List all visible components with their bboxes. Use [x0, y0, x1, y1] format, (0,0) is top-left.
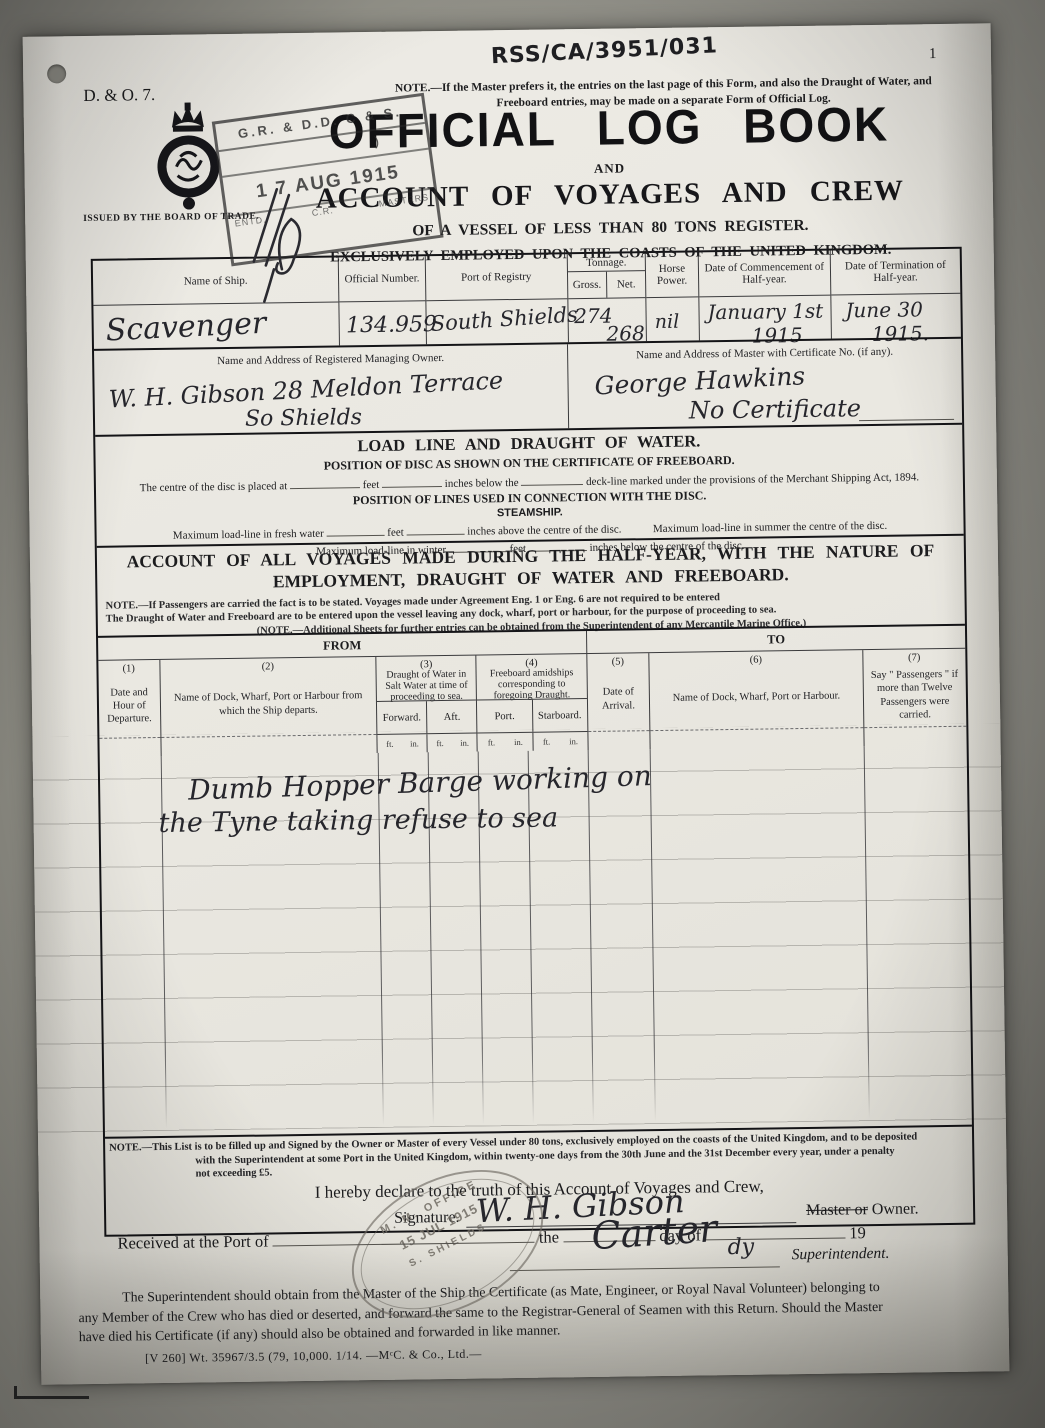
col3-subheaders: Forward. Aft. — [377, 700, 477, 734]
col2-label: Name of Dock, Wharf, Port or Harbour fro… — [160, 671, 376, 737]
ftin-strip — [588, 730, 650, 750]
superintendent-line — [510, 1266, 780, 1271]
voyage-table-body: Dumb Hopper Barge working on the Tyne ta… — [100, 745, 972, 1137]
fresh-text2: feet — [387, 527, 404, 539]
handwritten-monogram — [243, 183, 335, 309]
ftin-strip — [864, 726, 967, 746]
starboard-ftin: ft. in. — [533, 732, 587, 751]
blank-line — [382, 474, 442, 488]
log-book-page: RSS/CA/3951/031 1 D. & O. 7. NOTE.—If th… — [23, 23, 1010, 1384]
in-label: in. — [560, 732, 587, 750]
fresh-text1: Maximum load-line in fresh water — [173, 528, 324, 542]
fresh-text3: inches above the centre of the disc. — [467, 524, 621, 538]
col-master: Name and Address of Master with Certific… — [568, 339, 962, 428]
disc-line-text1: The centre of the disc is placed at — [140, 480, 288, 494]
photographed-log-book: { "page": { "number": "1", "form_code": … — [0, 0, 1045, 1428]
col6-label: Name of Dock, Wharf, Port or Harbour. — [650, 664, 863, 730]
value-owner-line2: So Shields — [245, 405, 362, 432]
aft-subheader: Aft. — [427, 701, 477, 734]
ft-label: ft. — [428, 734, 453, 752]
col-horse-power: Horse Power. nil — [646, 252, 700, 341]
col1-number: (1) — [98, 660, 159, 675]
col-commencement: Date of Commencement of Half-year. Janua… — [699, 251, 832, 341]
col7-number: (7) — [863, 649, 965, 664]
value-official-number: 134.959 — [346, 312, 437, 338]
archive-reference-handwritten: RSS/CA/3951/031 — [490, 33, 718, 69]
superintendent-label: Superintendent. — [792, 1245, 890, 1264]
col4-subheaders: Port. Starboard. — [477, 698, 587, 733]
blank-line — [406, 522, 464, 536]
col-official-number: Official Number. 134.959 — [339, 256, 427, 345]
voyage-entry-line2: the Tyne taking refuse to sea — [158, 802, 558, 839]
ft-label: ft. — [533, 732, 560, 750]
col-managing-owner: Name and Address of Registered Managing … — [94, 344, 569, 435]
in-label: in. — [452, 734, 477, 752]
blank-line — [859, 407, 954, 421]
header-gross: Gross. — [568, 272, 608, 299]
stamp-masters: MASTERS — [378, 192, 431, 223]
corner-crop-mark — [14, 1386, 89, 1399]
col7-passengers: (7) Say " Passengers " if more than Twel… — [863, 649, 967, 746]
forward-subheader: Forward. — [377, 701, 428, 734]
col-tonnage: Tonnage. Gross. Net. 274 268 — [567, 253, 647, 342]
value-termination-date: June 30 — [845, 297, 923, 322]
load-line-section: LOAD LINE AND DRAUGHT OF WATER. POSITION… — [95, 423, 963, 546]
col3-draught: (3) Draught of Water in Salt Water at ti… — [376, 656, 478, 753]
blank-line — [326, 523, 384, 537]
blank-line — [273, 1230, 535, 1247]
ft-label: ft. — [478, 733, 505, 751]
account-of-voyages-section: ACCOUNT OF ALL VOYAGES MADE DURING THE H… — [97, 534, 965, 636]
value-commencement-date: January 1st — [707, 299, 823, 325]
received-the: the — [539, 1227, 559, 1246]
col5-number: (5) — [587, 653, 649, 668]
starboard-subheader: Starboard. — [532, 699, 587, 732]
voyage-entry-line1: Dumb Hopper Barge working on — [188, 759, 653, 807]
aft-ftin: ft. in. — [428, 734, 477, 753]
voyage-column-headers: (1) Date and Hour of Departure. (2) Name… — [98, 649, 966, 757]
col5-label: Date of Arrival. — [587, 667, 649, 731]
superintendent-signature-handwritten: Carter — [590, 1206, 718, 1258]
received-year: 19 — [849, 1223, 866, 1242]
col6-dock-to: (6) Name of Dock, Wharf, Port or Harbour… — [650, 650, 865, 749]
col4-ftin: ft. in. ft. in. — [478, 731, 587, 752]
in-label: in. — [402, 734, 427, 752]
col3-ftin: ft. in. ft. in. — [377, 733, 477, 753]
col5-arrival: (5) Date of Arrival. — [587, 653, 651, 750]
col7-label: Say " Passengers " if more than Twelve P… — [863, 663, 966, 727]
col3-label: Draught of Water in Salt Water at time o… — [377, 670, 477, 701]
col1-departure: (1) Date and Hour of Departure. — [98, 660, 161, 757]
summer-text: Maximum load-line in summer the centre o… — [653, 520, 887, 535]
column-divider — [864, 746, 870, 1126]
value-master-certificate: No Certificate — [689, 394, 861, 424]
disc-line-text2: feet — [363, 479, 380, 491]
master-or-struck: Master or — [806, 1201, 868, 1219]
punch-hole — [47, 64, 66, 83]
log-book-form: Name of Ship. Scavenger Official Number.… — [91, 247, 976, 1237]
superintendent-dy: dy — [727, 1235, 754, 1260]
blank-line — [705, 1225, 845, 1240]
col2-dock-from: (2) Name of Dock, Wharf, Port or Harbour… — [160, 657, 378, 756]
col-termination: Date of Termination of Half-year. June 3… — [831, 249, 961, 339]
port-subheader: Port. — [477, 700, 533, 733]
superintendent-instructions: The Superintendent should obtain from th… — [78, 1276, 985, 1347]
blank-line — [290, 475, 360, 489]
printer-imprint: [V 260] Wt. 35967/3.5 (79, 10,000. 1/14.… — [145, 1347, 482, 1367]
master-or-owner-label: Master or Owner. — [806, 1200, 919, 1220]
column-divider — [650, 749, 656, 1129]
col4-freeboard: (4) Freeboard amidships corresponding to… — [477, 654, 589, 752]
ftin-strip — [99, 737, 160, 757]
disc-line-text3: inches below the — [445, 477, 519, 490]
blank-line — [521, 472, 583, 486]
forward-ftin: ft. in. — [377, 734, 427, 753]
col1-label: Date and Hour of Departure. — [99, 674, 160, 738]
header-net: Net. — [607, 271, 646, 298]
tonnage-subheaders: Gross. Net. — [568, 271, 646, 299]
page-number: 1 — [929, 46, 937, 63]
col-port-of-registry: Port of Registry South Shields — [425, 254, 568, 344]
value-horse-power: nil — [655, 311, 680, 333]
received-text: Received at the Port of — [117, 1232, 268, 1253]
column-divider — [588, 750, 594, 1130]
port-ftin: ft. in. — [478, 733, 533, 752]
in-label: in. — [505, 733, 532, 751]
value-ship-name: Scavenger — [105, 306, 267, 349]
value-port-of-registry: South Shields — [430, 302, 578, 336]
col4-label: Freeboard amidships corresponding to for… — [477, 668, 587, 700]
ft-label: ft. — [377, 735, 402, 753]
voyage-table: FROM TO (1) Date and Hour of Departure. … — [98, 624, 972, 1137]
owner-word: Owner. — [872, 1200, 919, 1218]
owner-master-table: Name and Address of Registered Managing … — [94, 337, 962, 435]
